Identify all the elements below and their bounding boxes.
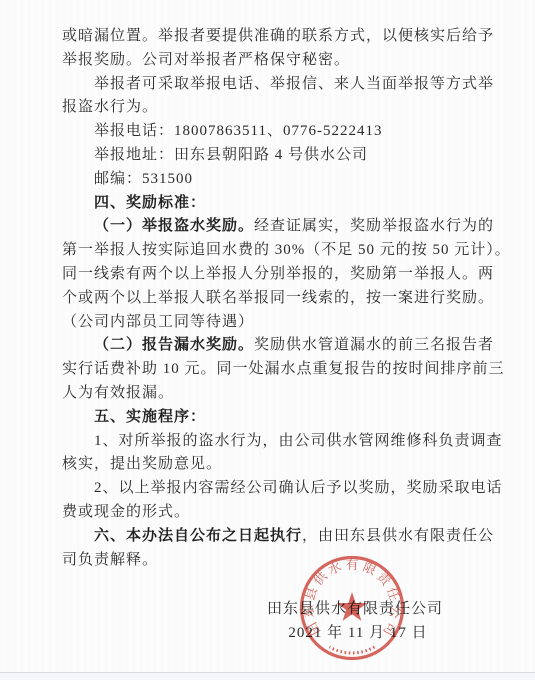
line-text: 人为有效报漏。: [62, 385, 174, 401]
line-text: 奖励供水管道漏水的前三名报告者: [254, 337, 494, 353]
document-line: 费或现金的形式。: [62, 501, 471, 525]
document-line: 四、奖励标准：: [62, 192, 471, 216]
line-text: 或暗漏位置。举报者要提供准确的联系方式，以便核实后给予: [62, 28, 494, 44]
line-bold: 四、奖励标准：: [94, 195, 206, 211]
document-line: 举报电话：18007863511、0776-5222413: [62, 120, 471, 144]
document-line: 举报地址：田东县朝阳路 4 号供水公司: [62, 144, 471, 168]
seal-star-icon: [337, 592, 367, 621]
document-line: 举报奖励。公司对举报者严格保守秘密。: [62, 49, 471, 73]
document-line: （一）举报盗水奖励。经查证属实，奖励举报盗水行为的: [62, 215, 471, 239]
document-line: 报盗水行为。: [62, 96, 471, 120]
line-text: 个或两个以上举报人联名举报同一线索的，按一案进行奖励。: [62, 290, 494, 306]
document-line: 举报者可采取举报电话、举报信、来人当面举报等方式举: [62, 73, 471, 97]
document-page: 或暗漏位置。举报者要提供准确的联系方式，以便核实后给予举报奖励。公司对举报者严格…: [0, 0, 535, 680]
document-line: 2、以上举报内容需经公司确认后予以奖励，奖励采取电话: [62, 477, 471, 501]
document-line: 邮编：531500: [62, 168, 471, 192]
document-line: （公司内部员工同等待遇）: [62, 311, 471, 335]
document-line: 个或两个以上举报人联名举报同一线索的，按一案进行奖励。: [62, 287, 471, 311]
line-bold: 六、本办法自公布之日起执行: [94, 528, 302, 544]
line-text: 1、对所举报的盗水行为，由公司供水管网维修科负责调查: [94, 433, 503, 449]
document-line: 人为有效报漏。: [62, 382, 471, 406]
document-body: 或暗漏位置。举报者要提供准确的联系方式，以便核实后给予举报奖励。公司对举报者严格…: [62, 25, 471, 572]
company-seal-stamp: 田东县供水有限责任公司: [295, 551, 409, 665]
line-text: 经查证属实，奖励举报盗水行为的: [254, 218, 494, 234]
line-text: 举报者可采取举报电话、举报信、来人当面举报等方式举: [94, 76, 494, 92]
line-text: 邮编：531500: [94, 171, 193, 187]
line-text: 举报地址：田东县朝阳路 4 号供水公司: [94, 147, 368, 163]
line-text: 司负责解释。: [62, 552, 158, 568]
line-text: 实行话费补助 10 元。同一处漏水点重复报告的按时间排序前三: [62, 361, 505, 377]
document-line: 六、本办法自公布之日起执行，由田东县供水有限责任公: [62, 525, 471, 549]
line-bold: 五、实施程序：: [94, 409, 206, 425]
line-text: 举报奖励。公司对举报者严格保守秘密。: [62, 52, 350, 68]
scan-bottom-edge: [0, 672, 535, 680]
document-line: 五、实施程序：: [62, 406, 471, 430]
line-text: 报盗水行为。: [62, 99, 158, 115]
document-line: 核实，提出奖励意见。: [62, 453, 471, 477]
line-bold: （二）报告漏水奖励。: [94, 337, 254, 353]
document-line: 或暗漏位置。举报者要提供准确的联系方式，以便核实后给予: [62, 25, 471, 49]
line-text: 举报电话：18007863511、0776-5222413: [94, 123, 382, 139]
seal-bottom-code-marks: [330, 647, 375, 653]
line-text: 核实，提出奖励意见。: [62, 456, 222, 472]
document-line: （二）报告漏水奖励。奖励供水管道漏水的前三名报告者: [62, 334, 471, 358]
document-line: 第一举报人按实际追回水费的 30%（不足 50 元的按 50 元计）。: [62, 239, 471, 263]
line-text: 2、以上举报内容需经公司确认后予以奖励，奖励采取电话: [94, 480, 503, 496]
line-text: ，由田东县供水有限责任公: [302, 528, 494, 544]
line-text: 同一线索有两个以上举报人分别举报的，奖励第一举报人。两: [62, 266, 494, 282]
document-line: 司负责解释。: [62, 549, 471, 573]
line-bold: （一）举报盗水奖励。: [94, 218, 254, 234]
line-text: （公司内部员工同等待遇）: [62, 314, 254, 330]
line-text: 第一举报人按实际追回水费的 30%（不足 50 元的按 50 元计）。: [62, 242, 511, 258]
document-line: 1、对所举报的盗水行为，由公司供水管网维修科负责调查: [62, 430, 471, 454]
document-line: 同一线索有两个以上举报人分别举报的，奖励第一举报人。两: [62, 263, 471, 287]
document-line: 实行话费补助 10 元。同一处漏水点重复报告的按时间排序前三: [62, 358, 471, 382]
line-text: 费或现金的形式。: [62, 504, 190, 520]
